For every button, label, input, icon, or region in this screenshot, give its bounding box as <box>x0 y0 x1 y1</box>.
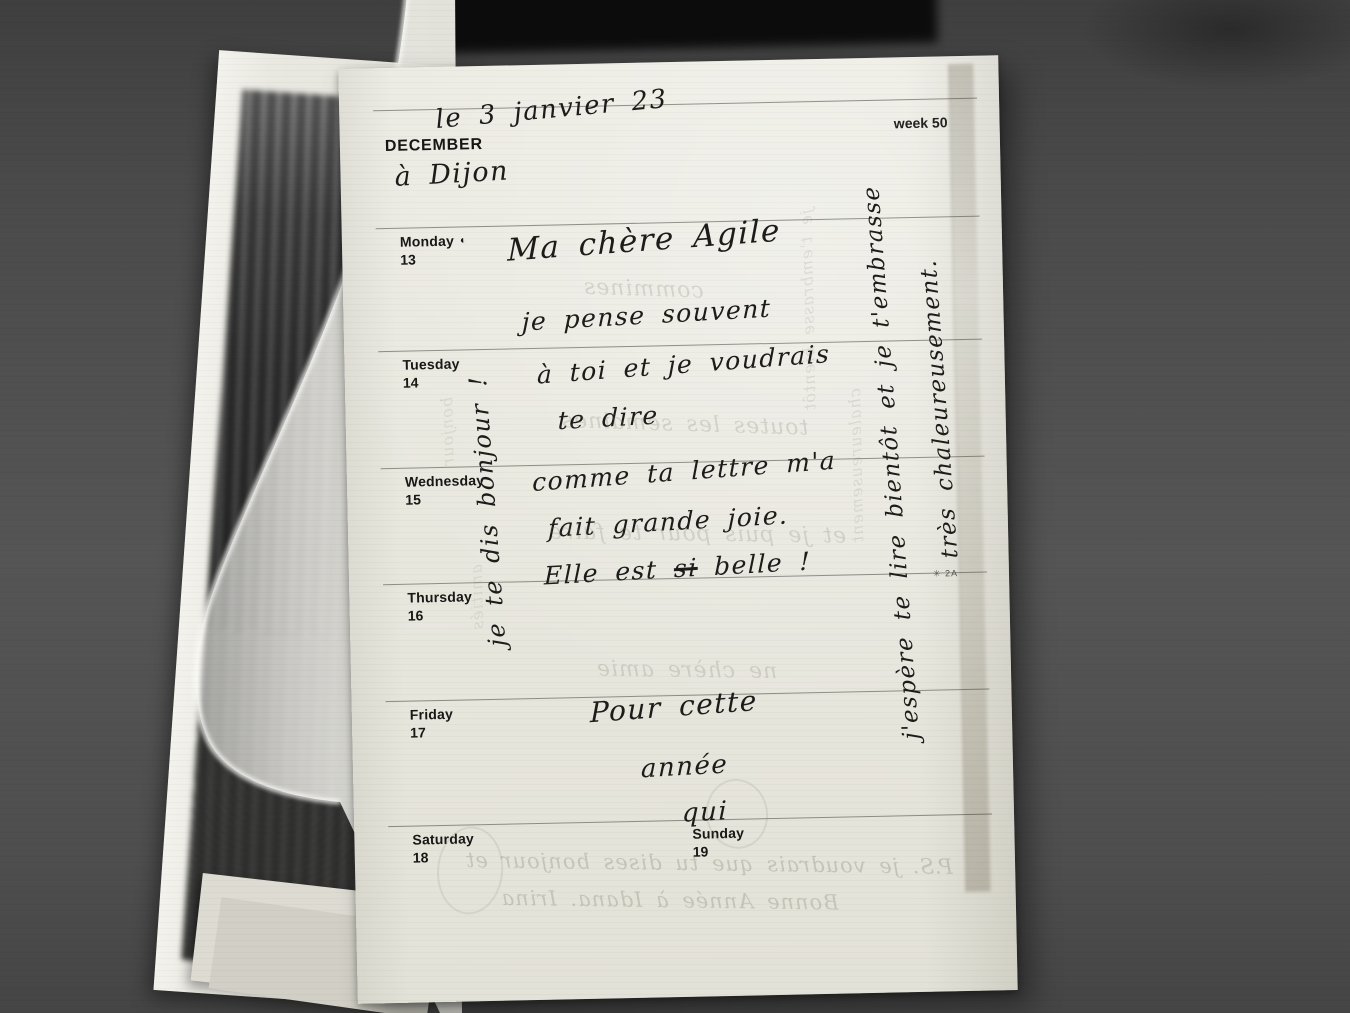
letter-salutation: Ma chère Agile <box>507 213 781 269</box>
bleedthrough-text: je t'embrasse bientôt <box>796 209 819 411</box>
day-name: Monday◐ <box>400 232 467 251</box>
handwritten-location: à Dijon <box>394 155 510 192</box>
diary-page: DECEMBER week 50 le 3 janvier 23 à Dijon… <box>338 55 1017 1004</box>
day-name: Friday <box>410 706 454 724</box>
day-number: 17 <box>410 723 454 741</box>
letter-line: comme ta lettre m'a <box>532 446 836 497</box>
day-name: Tuesday <box>402 356 460 375</box>
bleedthrough-text: P.S. je voudrais que tu dises bonjour et <box>465 848 953 879</box>
day-cell-friday: Friday 17 <box>410 706 454 742</box>
scanned-diary-photo: DECEMBER week 50 le 3 janvier 23 à Dijon… <box>0 0 1350 1013</box>
day-cell-monday: Monday◐ 13 <box>400 232 468 268</box>
dark-object-top <box>431 0 937 54</box>
day-number: 14 <box>403 373 461 392</box>
struck-word: si <box>674 553 698 583</box>
moon-phase-icon: ◐ <box>460 234 467 246</box>
day-cell-tuesday: Tuesday 14 <box>402 356 460 392</box>
bleedthrough-text: amitiés <box>467 564 487 630</box>
letter-line: Pour cette <box>590 684 758 729</box>
day-name: Thursday <box>407 588 472 607</box>
bleedthrough-text: chaleureusement <box>845 388 867 544</box>
bleedthrough-text: ne chère amie <box>596 657 778 685</box>
handwritten-date: le 3 janvier 23 <box>434 84 669 135</box>
bleedthrough-text: Bonne Année à Idana. Irina <box>501 886 839 915</box>
bleedthrough-text: bonjour <box>437 397 457 467</box>
month-label: DECEMBER <box>385 136 483 156</box>
week-number-label: week 50 <box>894 114 948 131</box>
bleedthrough-text: toutes les semaines <box>560 408 808 441</box>
bleedthrough-text: commines <box>583 275 705 304</box>
day-cell-thursday: Thursday 16 <box>407 588 472 624</box>
printed-marker: ✳ 2A <box>933 568 958 580</box>
letter-line: année <box>641 749 729 784</box>
day-number: 13 <box>400 250 467 269</box>
right-margin-note-line1: j'espère te lire bientôt et je t'embrass… <box>858 185 925 739</box>
letter-line-with-strikethrough: Elle est si belle ! <box>544 547 811 591</box>
day-number: 16 <box>408 606 473 625</box>
bleedthrough-text: et je puis pour te faire <box>548 520 846 549</box>
corner-shadow <box>1080 0 1350 90</box>
